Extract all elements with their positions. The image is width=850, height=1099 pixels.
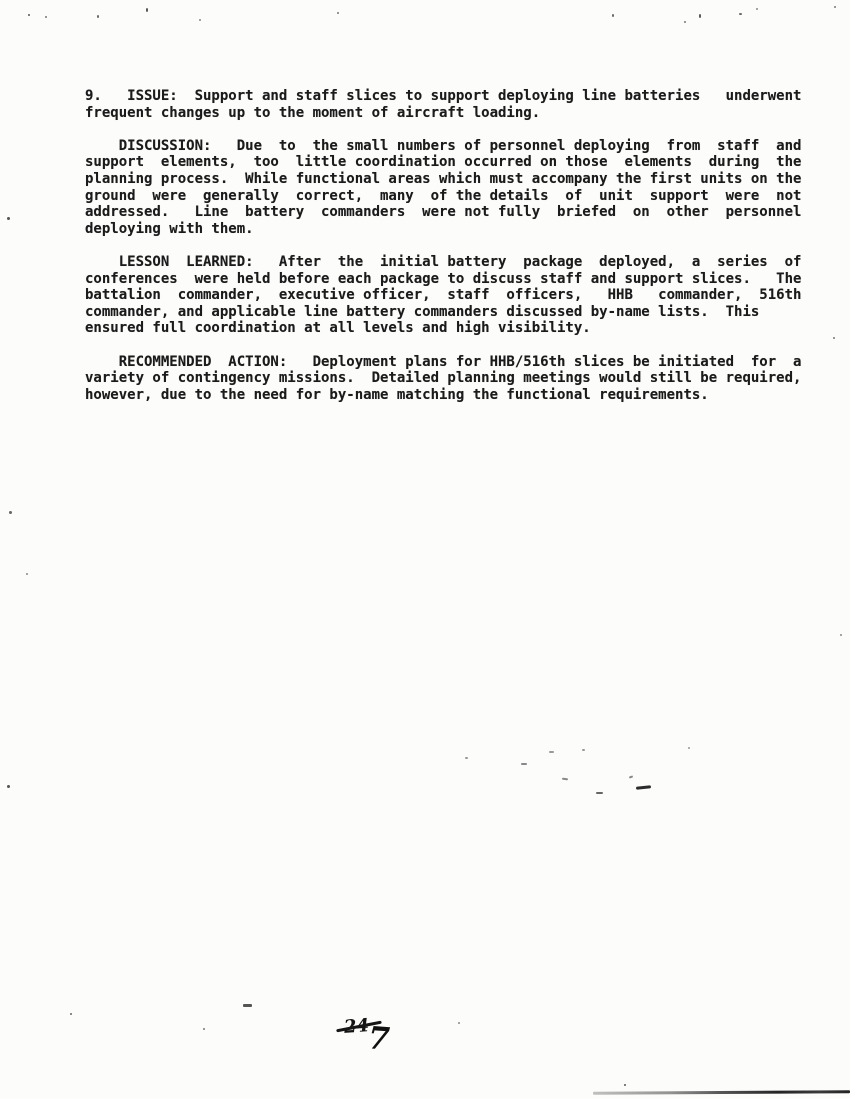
scan-speck: [833, 337, 835, 339]
scan-speck: [9, 511, 12, 514]
paragraph-issue: 9. ISSUE: Support and staff slices to su…: [85, 88, 810, 121]
scan-speck: [199, 19, 201, 21]
scan-speck: [458, 1022, 460, 1024]
scan-speck: [28, 14, 30, 16]
scan-speck: [203, 1028, 205, 1030]
scan-smudge: [465, 757, 468, 759]
scan-smudge: [582, 749, 585, 751]
scan-smudge: [549, 751, 554, 753]
scan-speck: [684, 21, 686, 23]
paragraph-discussion: DISCUSSION: Due to the small numbers of …: [85, 138, 810, 238]
scan-speck: [612, 14, 614, 17]
scan-speck: [97, 15, 99, 18]
paragraph-lesson-learned: LESSON LEARNED: After the initial batter…: [85, 254, 810, 337]
paragraph-recommended-action: RECOMMENDED ACTION: Deployment plans for…: [85, 354, 810, 404]
scan-smudge: [521, 763, 527, 765]
scan-speck: [739, 13, 742, 15]
scan-speck: [756, 8, 758, 10]
scan-edge-line: [593, 1090, 850, 1095]
scan-smudge: [243, 1004, 252, 1007]
scan-speck: [699, 14, 701, 18]
scan-speck: [146, 8, 148, 12]
scan-speck: [70, 1013, 72, 1015]
scan-smudge: [629, 775, 633, 778]
scan-smudge: [562, 778, 568, 781]
scan-smudge: [596, 792, 603, 794]
page-number-area: 24 7: [336, 1012, 406, 1062]
page-number-handwritten: 7: [367, 1020, 391, 1057]
scan-speck: [337, 12, 339, 14]
document-body: 9. ISSUE: Support and staff slices to su…: [85, 88, 810, 420]
scan-smudge: [688, 747, 690, 749]
scan-speck: [26, 573, 28, 575]
scanned-document-page: 9. ISSUE: Support and staff slices to su…: [0, 0, 850, 1099]
scan-speck: [7, 217, 10, 220]
scan-speck: [7, 785, 10, 788]
scan-speck: [45, 16, 47, 18]
scan-speck: [840, 634, 842, 636]
scan-speck: [624, 1084, 626, 1086]
scan-smudge: [636, 785, 651, 790]
scan-speck: [834, 6, 836, 8]
